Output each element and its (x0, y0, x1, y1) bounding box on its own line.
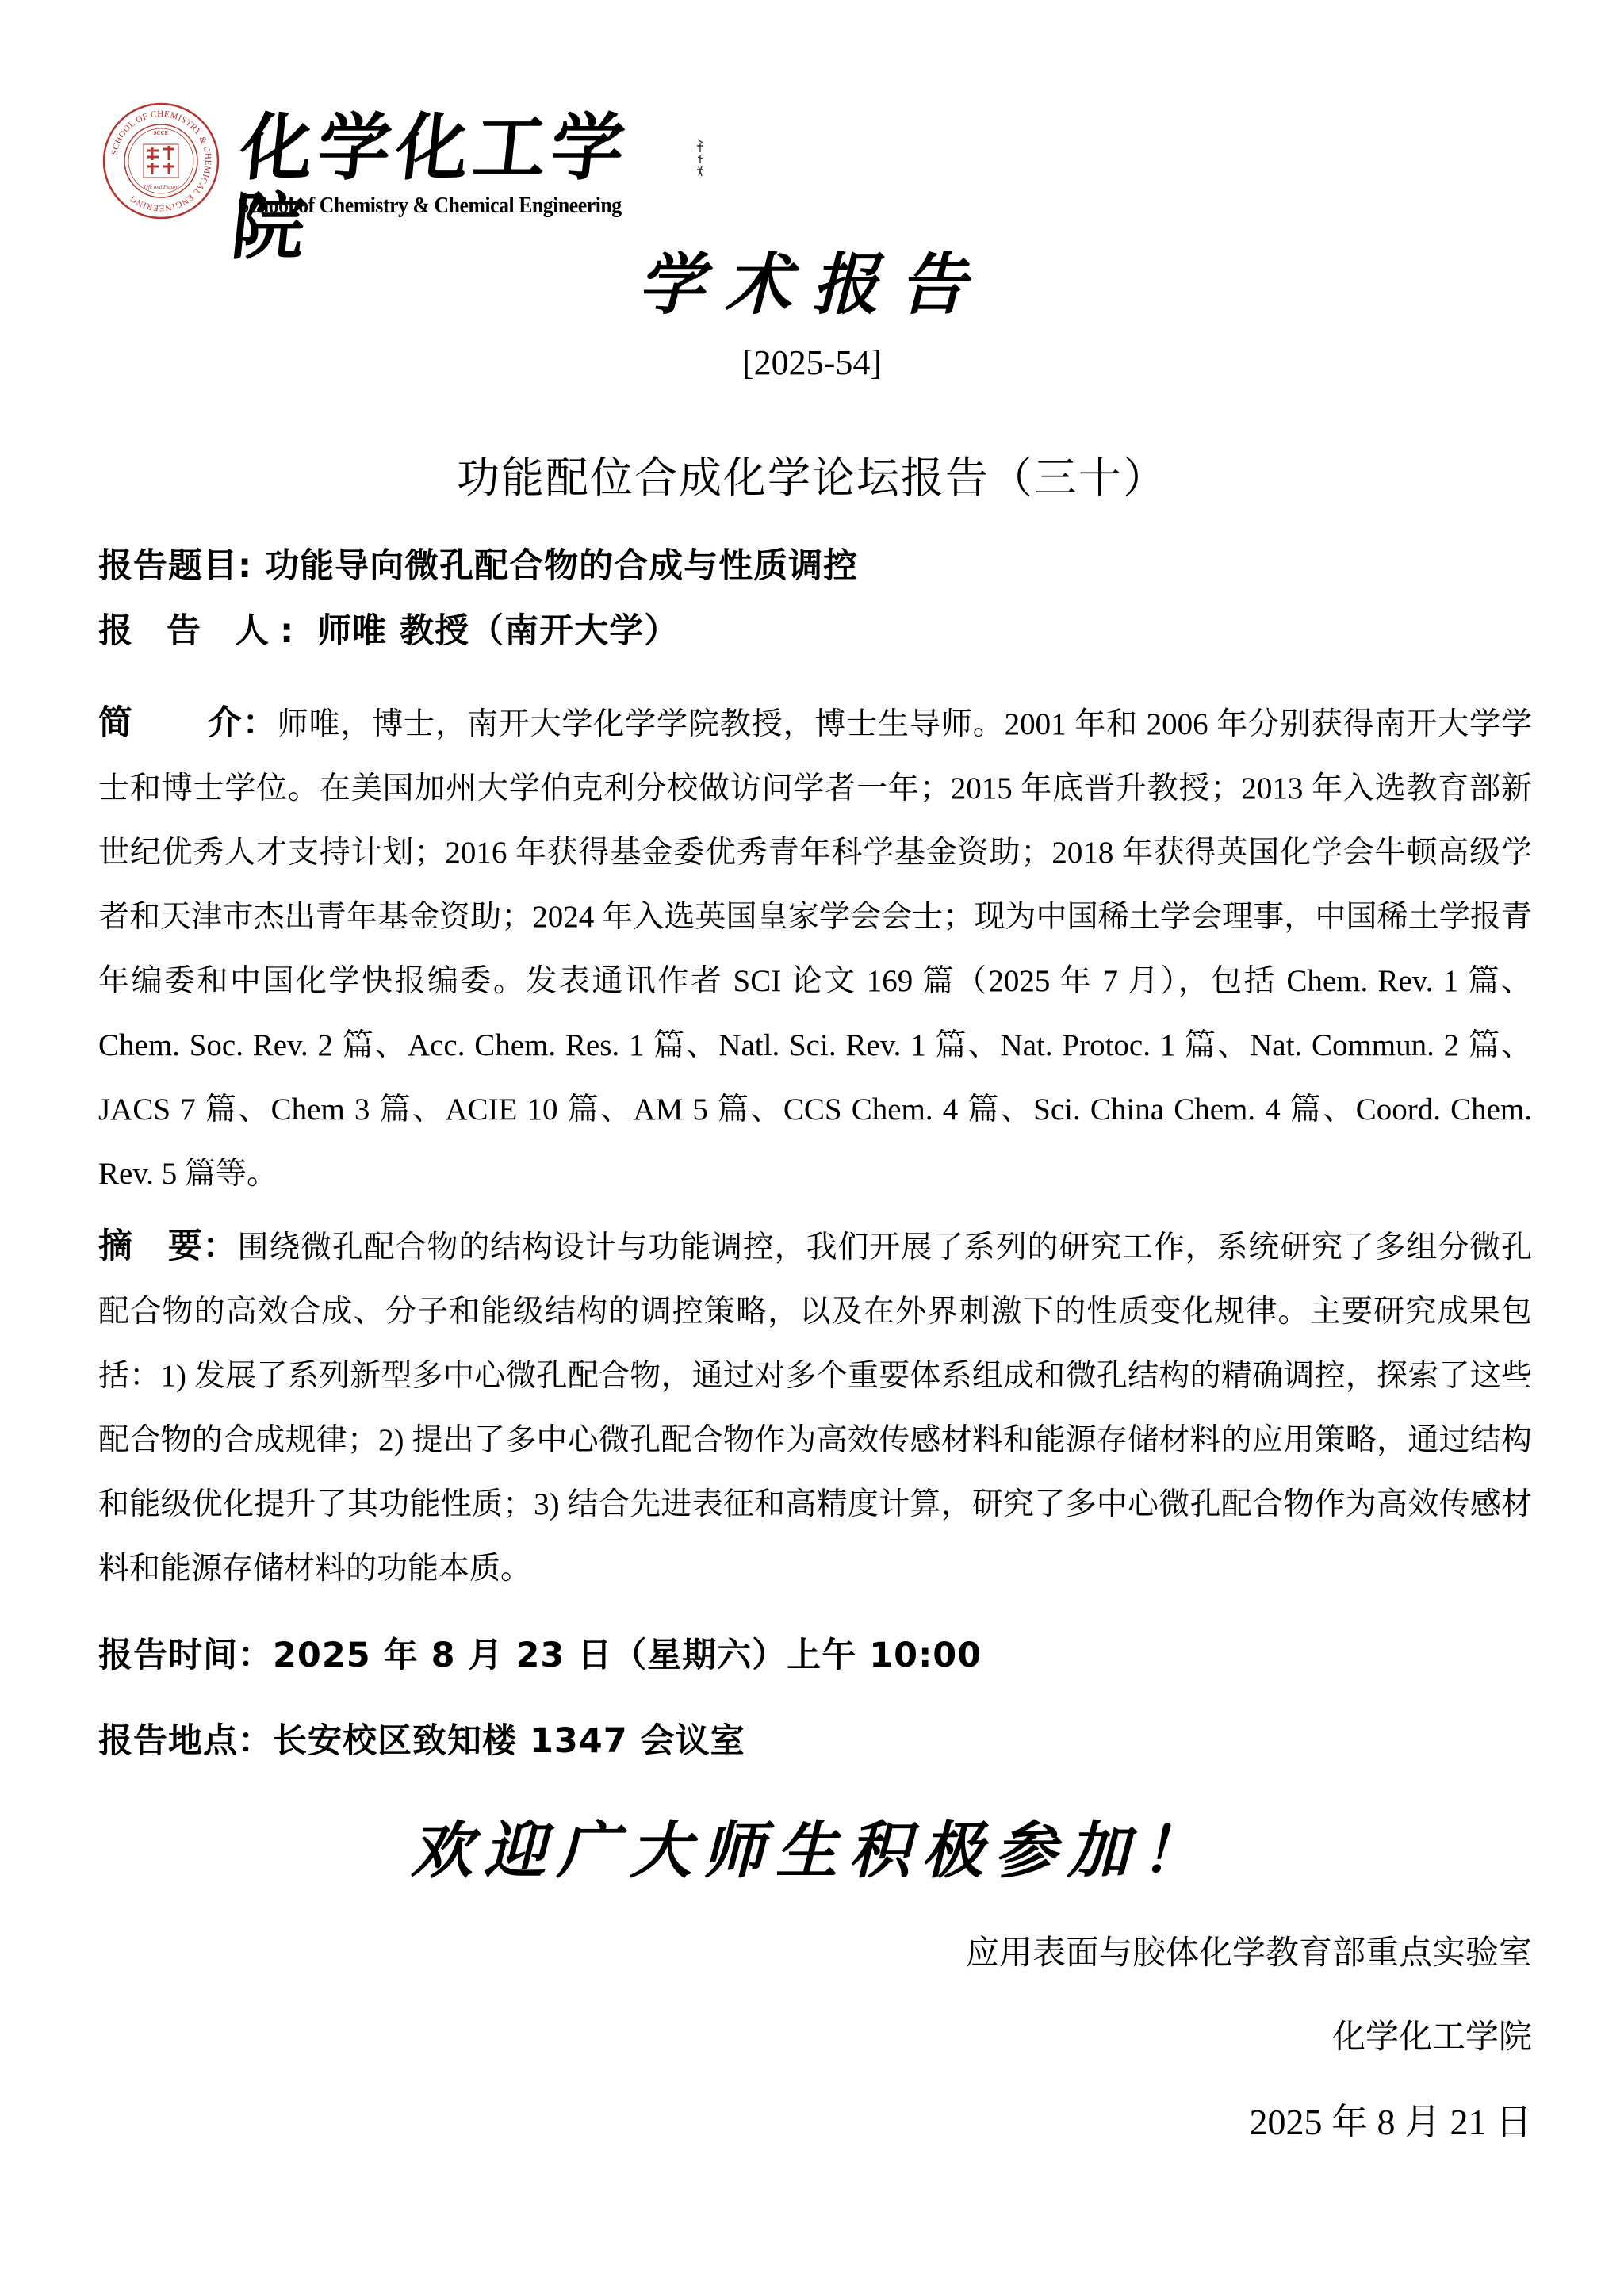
bio-label-first: 简 (98, 703, 133, 743)
school-name-en: School of Chemistry & Chemical Engineeri… (238, 193, 622, 219)
place-value: 长安校区致知楼 1347 会议室 (273, 1721, 745, 1761)
speaker-label: 报 告 人: (98, 611, 304, 651)
topic-value: 功能导向微孔配合物的合成与性质调控 (252, 546, 858, 586)
page-title: 学术报告 (0, 232, 1624, 327)
bio-label-second: 介： (208, 703, 278, 743)
school-logo: SCHOOL OF CHEMISTRY & CHEMICAL ENGINEERI… (101, 101, 657, 220)
signature-mark-icon (695, 136, 706, 187)
signature-lab: 应用表面与胶体化学教育部重点实验室 (966, 1927, 1532, 1974)
signature-school: 化学化工学院 (1332, 2011, 1532, 2058)
notice-page: SCHOOL OF CHEMISTRY & CHEMICAL ENGINEERI… (0, 0, 1624, 2296)
forum-title: 功能配位合成化学论坛报告（三十） (0, 444, 1624, 505)
school-seal-icon: SCHOOL OF CHEMISTRY & CHEMICAL ENGINEERI… (101, 101, 220, 220)
topic-label: 报告题目: (98, 546, 252, 586)
speaker-value: 师唯 教授（南开大学） (304, 611, 679, 651)
welcome-message: 欢迎广大师生积极参加！ (0, 1801, 1624, 1890)
report-place: 报告地点：长安校区致知楼 1347 会议室 (98, 1714, 745, 1762)
report-time: 报告时间：2025 年 8 月 23 日（星期六）上午 10:00 (98, 1628, 982, 1677)
report-number: [2025-54] (0, 342, 1624, 383)
time-value: 2025 年 8 月 23 日（星期六）上午 10:00 (273, 1636, 982, 1675)
svg-text:SCCE: SCCE (154, 130, 169, 136)
place-label: 报告地点： (98, 1721, 273, 1761)
abstract-label-first: 摘 (98, 1226, 133, 1266)
abstract-label-second: 要： (168, 1226, 238, 1266)
signature-date: 2025 年 8 月 21 日 (1250, 2093, 1533, 2145)
speaker-bio: 简介：师唯，博士，南开大学化学学院教授，博士生导师。2001 年和 2006 年… (98, 691, 1532, 1206)
bio-text: 师唯，博士，南开大学化学学院教授，博士生导师。2001 年和 2006 年分别获… (98, 707, 1532, 1191)
svg-text:Life and Future: Life and Future (143, 184, 178, 190)
report-topic: 报告题目: 功能导向微孔配合物的合成与性质调控 (98, 539, 858, 587)
abstract-text: 围绕微孔配合物的结构设计与功能调控，我们开展了系列的研究工作，系统研究了多组分微… (98, 1230, 1532, 1586)
abstract: 摘要：围绕微孔配合物的结构设计与功能调控，我们开展了系列的研究工作，系统研究了多… (98, 1215, 1532, 1601)
time-label: 报告时间： (98, 1636, 273, 1675)
report-speaker: 报 告 人: 师唯 教授（南开大学） (98, 604, 679, 652)
